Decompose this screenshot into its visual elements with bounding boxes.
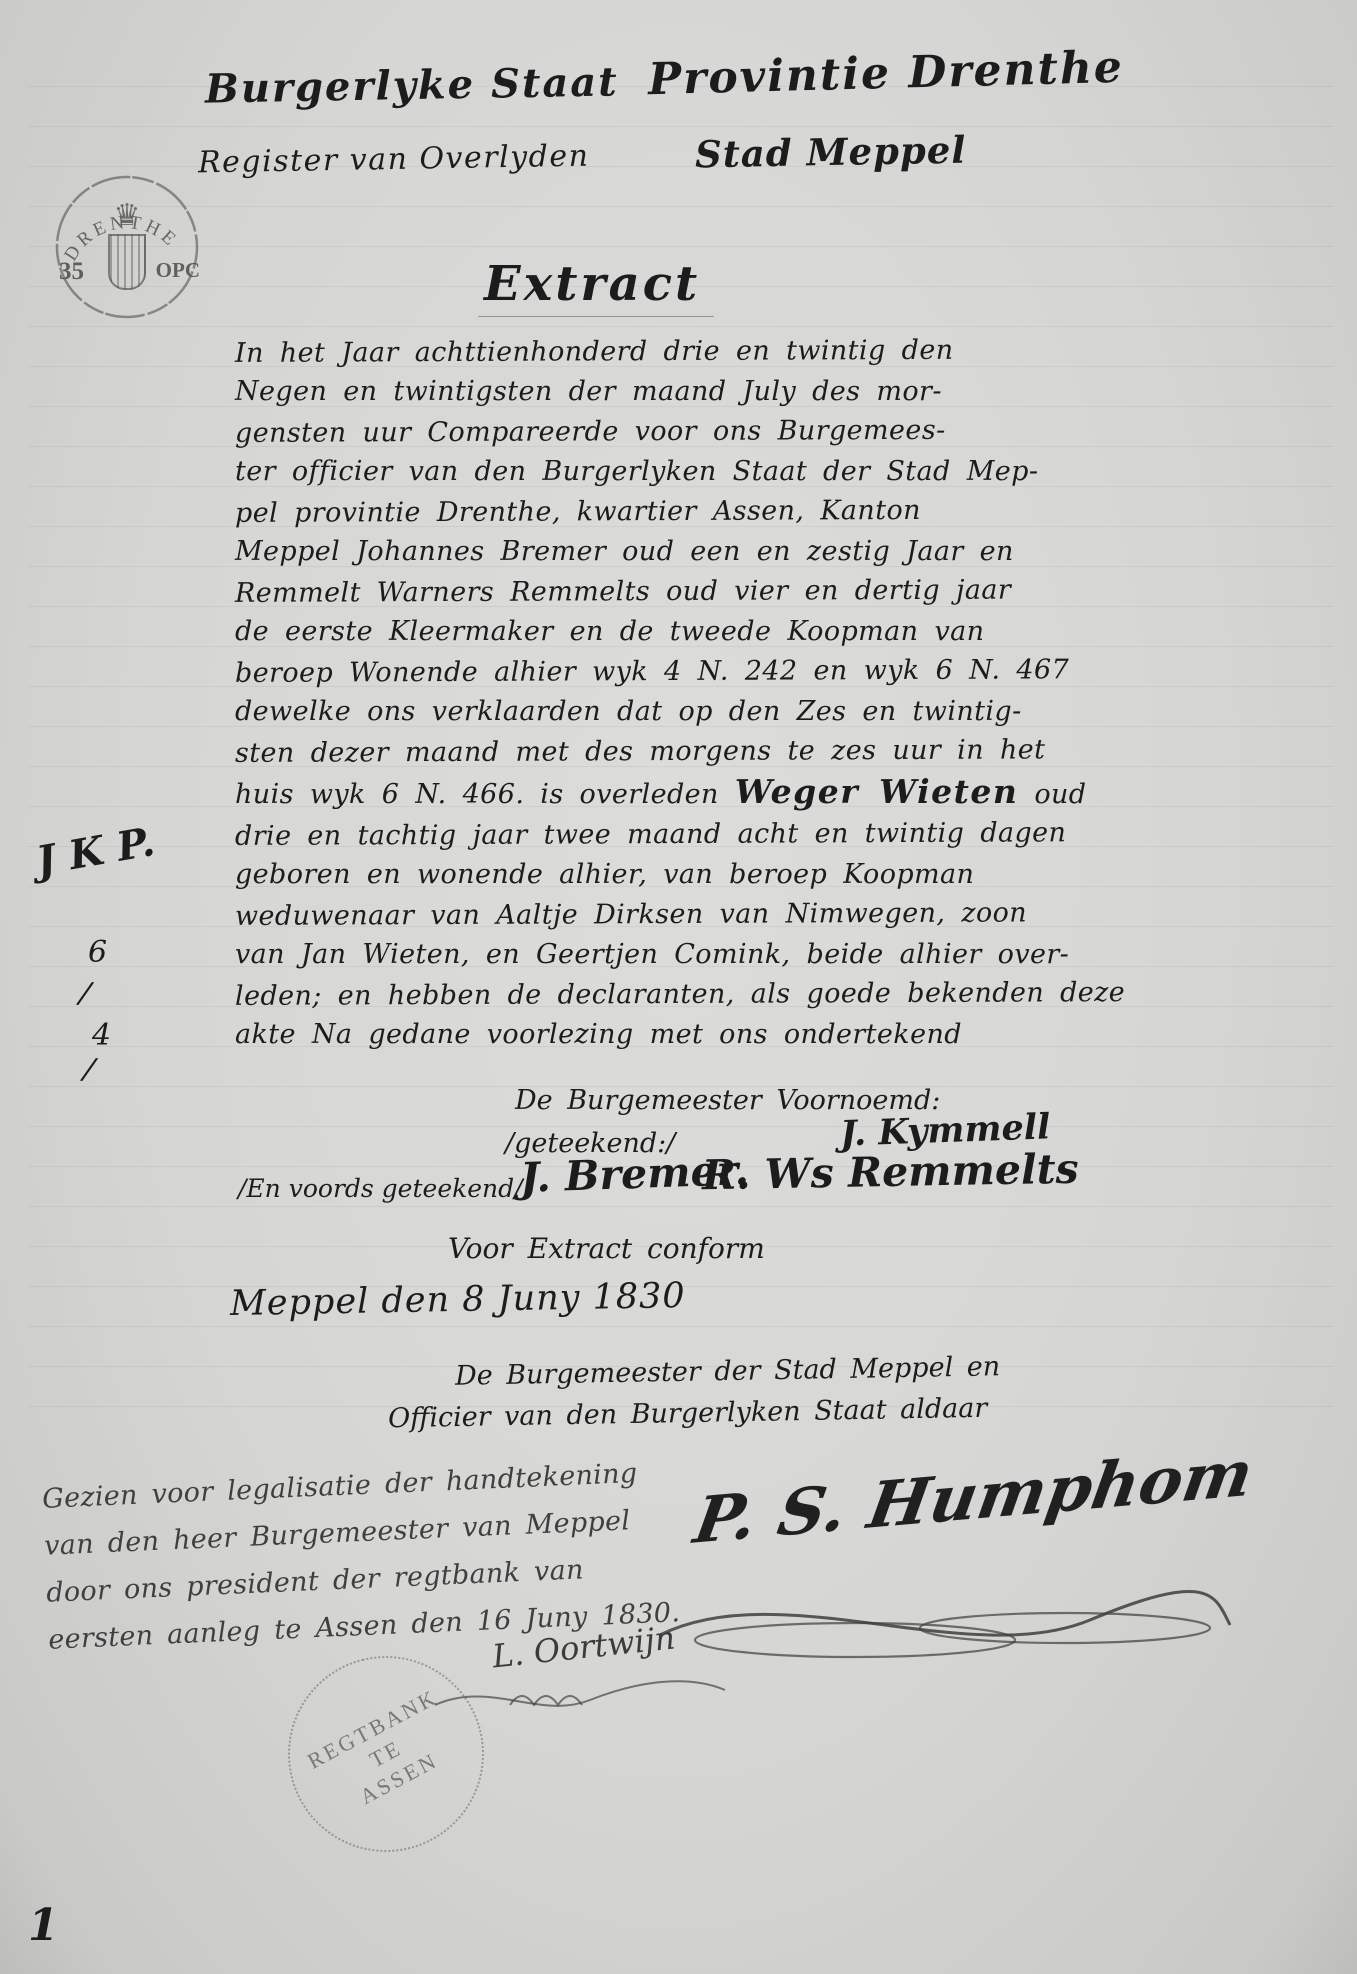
body-line: In het Jaar achttienhonderd drie en twin… bbox=[235, 330, 1115, 374]
scanned-death-record-extract: Burgerlyke Staat Register van Overlyden … bbox=[0, 0, 1357, 1974]
body-line: gensten uur Compareerde voor ons Burgeme… bbox=[235, 410, 1115, 454]
margin-mark: 4 bbox=[92, 1018, 111, 1053]
city-heading: Stad Meppel bbox=[695, 128, 967, 177]
president-signature: P. S. Humphom bbox=[700, 1430, 1220, 1680]
deceased-line-prefix: huis wyk 6 N. 466. is overleden bbox=[235, 779, 735, 810]
body-line: drie en tachtig jaar twee maand acht en … bbox=[235, 813, 1115, 857]
body-line: ter officier van den Burgerlyken Staat d… bbox=[235, 452, 1115, 492]
voords-geteekend-label: /En voords geteekend/ bbox=[238, 1174, 523, 1203]
act-body-text: In het Jaar achttienhonderd drie en twin… bbox=[235, 332, 1115, 1055]
body-line: van Jan Wieten, en Geertjen Comink, beid… bbox=[235, 935, 1115, 975]
body-line: geboren en wonende alhier, van beroep Ko… bbox=[235, 855, 1115, 895]
coat-of-arms bbox=[108, 234, 146, 290]
body-line: Negen en twintigsten der maand July des … bbox=[235, 372, 1115, 412]
body-line: leden; en hebben de declaranten, als goe… bbox=[235, 973, 1115, 1017]
body-line: sten dezer maand met des morgens te zes … bbox=[235, 730, 1115, 774]
place-and-date-line: Meppel den 8 Juny 1830 bbox=[230, 1276, 686, 1324]
body-line: Remmelt Warners Remmelts oud vier en der… bbox=[235, 570, 1115, 614]
crown-icon: ♛ bbox=[114, 198, 141, 233]
page-title: Extract bbox=[478, 256, 714, 317]
deceased-name: Weger Wieten bbox=[735, 772, 1019, 811]
deceased-line-suffix: oud bbox=[1018, 779, 1086, 810]
body-line-deceased: huis wyk 6 N. 466. is overleden Weger Wi… bbox=[235, 772, 1115, 815]
body-line: pel provintie Drenthe, kwartier Assen, K… bbox=[235, 490, 1115, 534]
signature-remmelts: R. Ws Remmelts bbox=[702, 1145, 1079, 1200]
margin-mark: 6 bbox=[88, 935, 107, 970]
burgemeester-voornoemd-line: De Burgemeester Voornoemd: bbox=[515, 1085, 940, 1116]
body-line: Meppel Johannes Bremer oud een en zestig… bbox=[235, 532, 1115, 572]
corner-pen-mark: 1 bbox=[28, 1900, 59, 1951]
body-line: weduwenaar van Aaltje Dirksen van Nimweg… bbox=[235, 893, 1115, 937]
drenthe-revenue-stamp: DRENTHE ♛ 35 OPC bbox=[52, 172, 202, 322]
signature-flourish bbox=[640, 1540, 1240, 1690]
register-heading-line2: Register van Overlyden bbox=[198, 139, 590, 181]
stamp-duty-value: 35 bbox=[59, 258, 84, 286]
body-line: akte Na gedane voorlezing met ons ondert… bbox=[235, 1015, 1115, 1055]
body-line: dewelke ons verklaarden dat op den Zes e… bbox=[235, 692, 1115, 732]
body-line: de eerste Kleermaker en de tweede Koopma… bbox=[235, 612, 1115, 652]
stamp-opc-label: OPC bbox=[156, 258, 200, 283]
body-line: beroep Wonende alhier wyk 4 N. 242 en wy… bbox=[235, 650, 1115, 694]
register-heading-line1: Burgerlyke Staat bbox=[205, 58, 619, 112]
voor-extract-conform-line: Voor Extract conform bbox=[448, 1232, 765, 1265]
